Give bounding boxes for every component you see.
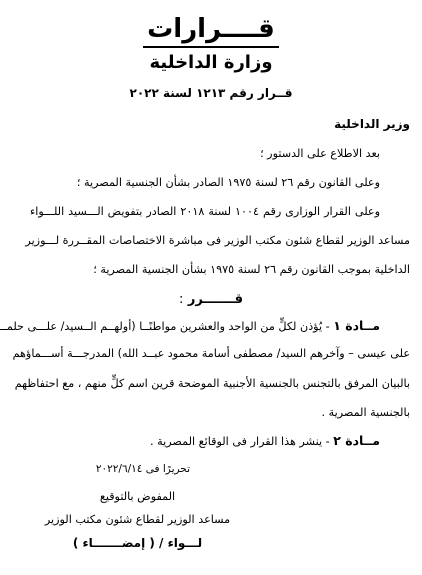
signature-position: مساعد الوزير لقطاع شئون مكتب الوزير <box>20 513 255 526</box>
signature-delegate: المفوض بالتوقيع <box>20 490 255 503</box>
article-2-line-1: مــادة ٢ - ينشر هذا القرار فى الوقائع ال… <box>150 433 380 449</box>
decree-number: قــرار رقم ١٢١٣ لسنة ٢٠٢٢ <box>0 85 422 101</box>
decided-label: قـــــــرر <box>188 292 243 307</box>
section-title: قــــرارات <box>0 14 422 48</box>
dated-line: تحريرًا فى ٢٠٢٢/٦/١٤ <box>96 462 190 477</box>
preamble-line-1: بعد الاطلاع على الدستور ؛ <box>260 146 380 161</box>
issuer-heading: وزير الداخلية <box>334 117 410 131</box>
ministry-name: وزارة الداخلية <box>0 52 422 74</box>
article-1-line-1: مــادة ١ - يُؤذن لكلٍّ من الواحد والعشري… <box>30 318 380 334</box>
article-1-text: - يُؤذن لكلٍّ من الواحد والعشرين مواطنًـ… <box>0 320 333 333</box>
preamble-line-2: وعلى القانون رقم ٢٦ لسنة ١٩٧٥ الصادر بشأ… <box>77 175 380 190</box>
preamble-line-5: الداخلية بموجب القانون رقم ٢٦ لسنة ١٩٧٥ … <box>93 262 410 277</box>
decided-colon: : <box>179 292 183 307</box>
article-1-line-4: بالجنسية المصرية . <box>321 405 410 420</box>
article-1-line-2: على عيسى – وآخرهم السيد/ مصطفى أسامة محم… <box>30 346 410 361</box>
signature-rank: لـــواء / ( إمضـــــــاء ) <box>20 536 255 550</box>
article-1-line-3: بالبيان المرفق بالتجنس بالجنسية الأجنبية… <box>30 376 410 391</box>
article-1-label: مــادة ١ <box>333 318 380 333</box>
article-2-label: مــادة ٢ <box>333 433 380 448</box>
preamble-line-3: وعلى القرار الوزارى رقم ١٠٠٤ لسنة ٢٠١٨ ا… <box>30 204 380 219</box>
decree-page: قــــرارات وزارة الداخلية قــرار رقم ١٢١… <box>0 0 422 575</box>
article-2-text: - ينشر هذا القرار فى الوقائع المصرية . <box>150 435 333 448</box>
decided-heading: قـــــــرر : <box>0 292 422 307</box>
preamble-line-4: مساعد الوزير لقطاع شئون مكتب الوزير فى م… <box>30 233 410 248</box>
section-title-text: قــــرارات <box>143 14 279 48</box>
